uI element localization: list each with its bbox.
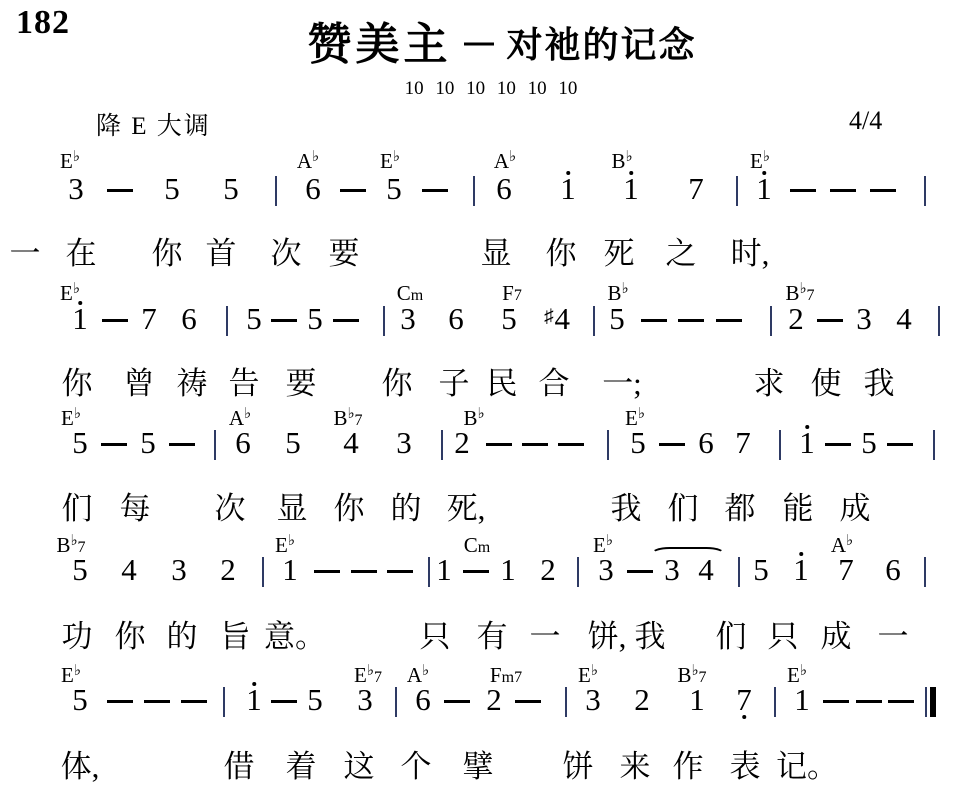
note-digit: 5 bbox=[307, 302, 323, 336]
note-digit: 3 bbox=[396, 426, 412, 460]
lyric-syllable: 要 bbox=[286, 358, 317, 403]
lyric-syllable: 只 bbox=[420, 611, 451, 656]
flat-sign: ♭ bbox=[638, 406, 645, 422]
note-dash bbox=[823, 700, 849, 703]
lyric-syllable: 个 bbox=[401, 741, 432, 786]
flat-sign: ♭ bbox=[73, 281, 80, 297]
lyric-syllable: 我 bbox=[635, 611, 666, 656]
lyric-syllable: 只 bbox=[768, 611, 799, 656]
note-dash bbox=[314, 570, 340, 573]
lyric-syllable: 饼 bbox=[563, 741, 594, 786]
note-digit: 1 bbox=[794, 683, 810, 717]
flat-sign: ♭ bbox=[621, 281, 628, 297]
note-dash bbox=[515, 700, 541, 703]
note-dash bbox=[716, 319, 742, 322]
note-dash bbox=[817, 319, 843, 322]
lyric-syllable: 功 bbox=[62, 611, 93, 656]
final-barline-thin bbox=[925, 687, 927, 717]
lyric-syllable: 首 bbox=[206, 228, 237, 273]
barline bbox=[924, 176, 926, 206]
barline bbox=[738, 557, 740, 587]
note-digit: 1 bbox=[436, 553, 452, 587]
flat-sign: ♭ bbox=[691, 663, 698, 679]
note-digit: 7 bbox=[688, 172, 704, 206]
lyric-syllable: 一; bbox=[602, 358, 642, 403]
barline bbox=[428, 557, 430, 587]
lyric-syllable: 意。 bbox=[264, 611, 326, 656]
note-digit: 5 bbox=[609, 302, 625, 336]
barline bbox=[577, 557, 579, 587]
note-digit: 6 bbox=[448, 302, 464, 336]
chord-root: E bbox=[380, 149, 393, 173]
note-digit: ♯4 bbox=[544, 302, 570, 341]
key-signature: 降 E 大调 bbox=[96, 106, 211, 142]
lyric-syllable: 死 bbox=[604, 228, 635, 273]
chord-root: A bbox=[494, 149, 509, 173]
octave-dot bbox=[566, 171, 570, 175]
note-dash bbox=[887, 443, 913, 446]
flat-sign: ♭ bbox=[591, 663, 598, 679]
note-digit: 6 bbox=[698, 426, 714, 460]
note-digit: 3 bbox=[171, 553, 187, 587]
lyric-syllable: 我 bbox=[864, 358, 895, 403]
lyric-syllable: 们 bbox=[716, 611, 747, 656]
note-dash bbox=[271, 700, 297, 703]
lyric-syllable: 饼, bbox=[588, 611, 627, 656]
note-digit: 7 bbox=[838, 553, 854, 587]
barline bbox=[565, 687, 567, 717]
lyric-syllable: 我 bbox=[611, 483, 642, 528]
note-digit: 5 bbox=[861, 426, 877, 460]
note-dash bbox=[333, 319, 359, 322]
barline bbox=[736, 176, 738, 206]
note-digit: 5 bbox=[164, 172, 180, 206]
lyric-syllable: 成 bbox=[840, 483, 871, 528]
note-digit: 5 bbox=[72, 683, 88, 717]
barline bbox=[473, 176, 475, 206]
note-digit: 7 bbox=[141, 302, 157, 336]
lyric-syllable: 告 bbox=[229, 358, 260, 403]
meter-text: 10 10 10 10 10 10 bbox=[28, 78, 954, 100]
chord-suffix: 7 bbox=[374, 669, 382, 686]
note-dash bbox=[463, 570, 489, 573]
note-dash bbox=[825, 443, 851, 446]
lyric-syllable: 这 bbox=[344, 741, 375, 786]
flat-sign: ♭ bbox=[244, 406, 251, 422]
lyric-syllable: 表 bbox=[730, 741, 761, 786]
chord-root: C bbox=[464, 533, 478, 557]
note-dash bbox=[641, 319, 667, 322]
flat-sign: ♭ bbox=[763, 149, 770, 165]
lyric-syllable: 每 bbox=[120, 483, 151, 528]
note-digit: 1 bbox=[689, 683, 705, 717]
note-dash bbox=[144, 700, 170, 703]
lyric-syllable: 记。 bbox=[776, 741, 838, 786]
note-digit: 3 bbox=[68, 172, 84, 206]
barline bbox=[770, 306, 772, 336]
chord-symbol: Cm bbox=[464, 534, 490, 559]
lyric-syllable: 死, bbox=[447, 483, 486, 528]
chord-root: E bbox=[60, 149, 73, 173]
lyric-syllable: 来 bbox=[620, 741, 651, 786]
note-digit: 3 bbox=[357, 683, 373, 717]
octave-dot bbox=[78, 301, 82, 305]
note-digit: 5 bbox=[223, 172, 239, 206]
barline bbox=[607, 430, 609, 460]
lyric-syllable: 能 bbox=[783, 483, 814, 528]
flat-sign: ♭ bbox=[288, 533, 295, 549]
chord-suffix: 7 bbox=[807, 287, 815, 304]
lyric-syllable: 显 bbox=[277, 483, 308, 528]
flat-sign: ♭ bbox=[625, 149, 632, 165]
flat-sign: ♭ bbox=[606, 533, 613, 549]
note-dash bbox=[387, 570, 413, 573]
lyric-syllable: 你 bbox=[62, 358, 93, 403]
note-digit: 2 bbox=[788, 302, 804, 336]
chord-suffix: m7 bbox=[502, 669, 522, 686]
note-digit: 5 bbox=[72, 426, 88, 460]
octave-dot bbox=[799, 552, 803, 556]
lyric-syllable: 你 bbox=[152, 228, 183, 273]
note-dash bbox=[888, 700, 914, 703]
note-digit: 5 bbox=[753, 553, 769, 587]
lyric-syllable: 擘 bbox=[463, 741, 494, 786]
note-digit: 7 bbox=[735, 426, 751, 460]
note-digit: 3 bbox=[598, 553, 614, 587]
note-digit: 6 bbox=[496, 172, 512, 206]
note-digit: 1 bbox=[793, 553, 809, 587]
flat-sign: ♭ bbox=[509, 149, 516, 165]
lyric-syllable: 体, bbox=[61, 741, 100, 786]
flat-sign: ♭ bbox=[367, 663, 374, 679]
lyric-syllable: 次 bbox=[215, 483, 246, 528]
note-digit: 7 bbox=[736, 683, 752, 717]
chord-root: E bbox=[750, 149, 763, 173]
note-digit: 2 bbox=[486, 683, 502, 717]
barline bbox=[593, 306, 595, 336]
chord-root: B bbox=[611, 149, 625, 173]
lyric-syllable: 一 bbox=[10, 228, 41, 273]
octave-dot bbox=[742, 715, 746, 719]
lyric-syllable: 们 bbox=[62, 483, 93, 528]
lyric-syllable: 时, bbox=[731, 228, 770, 273]
lyric-syllable: 成 bbox=[821, 611, 852, 656]
note-dash bbox=[102, 319, 128, 322]
octave-dot bbox=[252, 682, 256, 686]
note-digit: 3 bbox=[856, 302, 872, 336]
note-digit: 6 bbox=[181, 302, 197, 336]
note-digit: 2 bbox=[540, 553, 556, 587]
note-digit: 1 bbox=[282, 553, 298, 587]
note-digit: 6 bbox=[415, 683, 431, 717]
flat-sign: ♭ bbox=[347, 406, 354, 422]
note-digit: 2 bbox=[454, 426, 470, 460]
barline bbox=[214, 430, 216, 460]
lyric-syllable: 民 bbox=[487, 358, 518, 403]
title-main-text: 赞美主 bbox=[308, 20, 452, 69]
title-subtitle: 对祂的记念 bbox=[506, 24, 696, 65]
note-digit: 6 bbox=[305, 172, 321, 206]
note-dash bbox=[101, 443, 127, 446]
note-digit: 1 bbox=[799, 426, 815, 460]
note-dash bbox=[870, 189, 896, 192]
note-dash bbox=[659, 443, 685, 446]
barline bbox=[383, 306, 385, 336]
accidental-sharp: ♯ bbox=[544, 306, 554, 327]
lyric-syllable: 之 bbox=[666, 228, 697, 273]
note-dash bbox=[856, 700, 882, 703]
note-digit: 1 bbox=[623, 172, 639, 206]
lyric-syllable: 一 bbox=[530, 611, 561, 656]
lyric-syllable: 你 bbox=[115, 611, 146, 656]
flat-sign: ♭ bbox=[393, 149, 400, 165]
note-dash bbox=[271, 319, 297, 322]
time-signature: 4/4 bbox=[849, 106, 882, 136]
note-digit: 5 bbox=[140, 426, 156, 460]
chord-root: B bbox=[56, 533, 70, 557]
flat-sign: ♭ bbox=[799, 281, 806, 297]
lyric-syllable: 次 bbox=[271, 228, 302, 273]
flat-sign: ♭ bbox=[312, 149, 319, 165]
note-dash bbox=[181, 700, 207, 703]
chord-root: A bbox=[297, 149, 312, 173]
note-dash bbox=[678, 319, 704, 322]
octave-dot bbox=[762, 171, 766, 175]
note-digit: 1 bbox=[756, 172, 772, 206]
lyric-syllable: 们 bbox=[668, 483, 699, 528]
note-digit: 5 bbox=[386, 172, 402, 206]
lyric-syllable: 祷 bbox=[177, 358, 208, 403]
flat-sign: ♭ bbox=[477, 406, 484, 422]
chord-suffix: m bbox=[478, 539, 490, 556]
barline bbox=[938, 306, 940, 336]
note-digit: 5 bbox=[285, 426, 301, 460]
note-dash bbox=[830, 189, 856, 192]
barline bbox=[441, 430, 443, 460]
barline bbox=[779, 430, 781, 460]
note-dash bbox=[790, 189, 816, 192]
lyric-syllable: 使 bbox=[811, 358, 842, 403]
note-dash bbox=[107, 189, 133, 192]
note-digit: 1 bbox=[500, 553, 516, 587]
lyric-syllable: 有 bbox=[477, 611, 508, 656]
note-digit: 2 bbox=[220, 553, 236, 587]
flat-sign: ♭ bbox=[800, 663, 807, 679]
note-dash bbox=[558, 443, 584, 446]
note-dash bbox=[351, 570, 377, 573]
lyric-syllable: 你 bbox=[382, 358, 413, 403]
barline bbox=[262, 557, 264, 587]
barline bbox=[933, 430, 935, 460]
slur bbox=[651, 547, 725, 561]
flat-sign: ♭ bbox=[422, 663, 429, 679]
title-dash: — bbox=[464, 26, 494, 59]
note-digit: 5 bbox=[630, 426, 646, 460]
lyric-syllable: 的 bbox=[391, 483, 422, 528]
note-digit: 1 bbox=[246, 683, 262, 717]
sheet-music-page: 182 赞美主 — 对祂的记念 10 10 10 10 10 10 降 E 大调… bbox=[0, 0, 954, 800]
lyric-syllable: 你 bbox=[334, 483, 365, 528]
flat-sign: ♭ bbox=[846, 533, 853, 549]
flat-sign: ♭ bbox=[74, 663, 81, 679]
lyric-syllable: 借 bbox=[224, 741, 255, 786]
note-digit: 5 bbox=[246, 302, 262, 336]
lyric-syllable: 着 bbox=[286, 741, 317, 786]
note-digit: 4 bbox=[896, 302, 912, 336]
lyric-syllable: 作 bbox=[673, 741, 704, 786]
note-digit: 3 bbox=[585, 683, 601, 717]
lyric-syllable: 求 bbox=[754, 358, 785, 403]
barline bbox=[774, 687, 776, 717]
flat-sign: ♭ bbox=[74, 406, 81, 422]
note-dash bbox=[627, 570, 653, 573]
lyric-syllable: 你 bbox=[546, 228, 577, 273]
barline bbox=[395, 687, 397, 717]
note-digit: 5 bbox=[72, 553, 88, 587]
lyric-syllable: 合 bbox=[539, 358, 570, 403]
note-digit: 5 bbox=[501, 302, 517, 336]
flat-sign: ♭ bbox=[73, 149, 80, 165]
note-digit: 1 bbox=[560, 172, 576, 206]
note-digit: 6 bbox=[885, 553, 901, 587]
note-digit: 5 bbox=[307, 683, 323, 717]
lyric-syllable: 显 bbox=[481, 228, 512, 273]
note-dash bbox=[486, 443, 512, 446]
lyric-syllable: 在 bbox=[66, 228, 97, 273]
page-title: 赞美主 — 对祂的记念 bbox=[50, 8, 954, 72]
final-barline-thick bbox=[930, 687, 936, 717]
barline bbox=[226, 306, 228, 336]
note-digit: 2 bbox=[634, 683, 650, 717]
note-digit: 3 bbox=[400, 302, 416, 336]
barline bbox=[924, 557, 926, 587]
lyric-syllable: 旨 bbox=[220, 611, 251, 656]
note-dash bbox=[422, 189, 448, 192]
lyric-syllable: 子 bbox=[439, 358, 470, 403]
barline bbox=[275, 176, 277, 206]
chord-root: E bbox=[60, 281, 73, 305]
lyric-syllable: 要 bbox=[329, 228, 360, 273]
lyric-syllable: 都 bbox=[725, 483, 756, 528]
octave-dot bbox=[629, 171, 633, 175]
flat-sign: ♭ bbox=[70, 533, 77, 549]
note-dash bbox=[107, 700, 133, 703]
note-dash bbox=[169, 443, 195, 446]
lyric-syllable: 一 bbox=[878, 611, 909, 656]
note-dash bbox=[444, 700, 470, 703]
note-dash bbox=[340, 189, 366, 192]
note-digit: 6 bbox=[235, 426, 251, 460]
note-digit: 1 bbox=[72, 302, 88, 336]
note-digit: 4 bbox=[343, 426, 359, 460]
note-digit: 4 bbox=[121, 553, 137, 587]
lyric-syllable: 的 bbox=[167, 611, 198, 656]
note-dash bbox=[522, 443, 548, 446]
octave-dot bbox=[805, 425, 809, 429]
barline bbox=[223, 687, 225, 717]
lyric-syllable: 曾 bbox=[124, 358, 155, 403]
